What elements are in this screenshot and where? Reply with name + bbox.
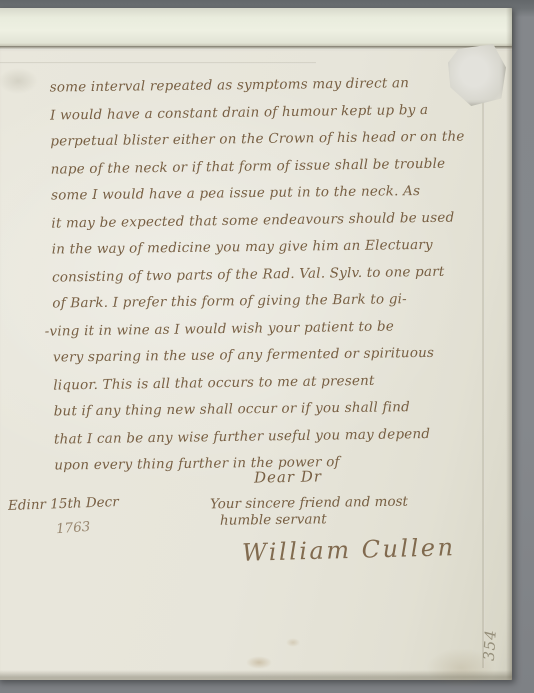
folio-number: 354 [480,629,500,662]
paper-bottom-edge-shadow [0,670,512,680]
folded-page-top-edge [0,8,512,46]
signature: William Cullen [242,533,456,567]
paper-right-edge-shadow [506,8,512,680]
ink-stain [246,656,272,669]
secondary-fold-crease [0,62,316,64]
ink-stain [286,638,300,647]
letter-page: some interval repeated as symptoms may d… [0,8,512,680]
letter-body: some interval repeated as symptoms may d… [50,69,469,479]
dateline-year: 1763 [55,519,90,537]
photograph-background: some interval repeated as symptoms may d… [0,0,534,693]
vertical-fold-crease [482,48,485,668]
closing-salutation: Dear Dr [254,467,322,486]
valediction-line: humble servant [220,511,327,528]
valediction-line: Your sincere friend and most [210,494,408,513]
horizontal-fold-crease [0,46,512,50]
paper-discoloration [0,68,38,94]
dateline-place-and-day: Edinr 15th Decr [8,494,119,514]
